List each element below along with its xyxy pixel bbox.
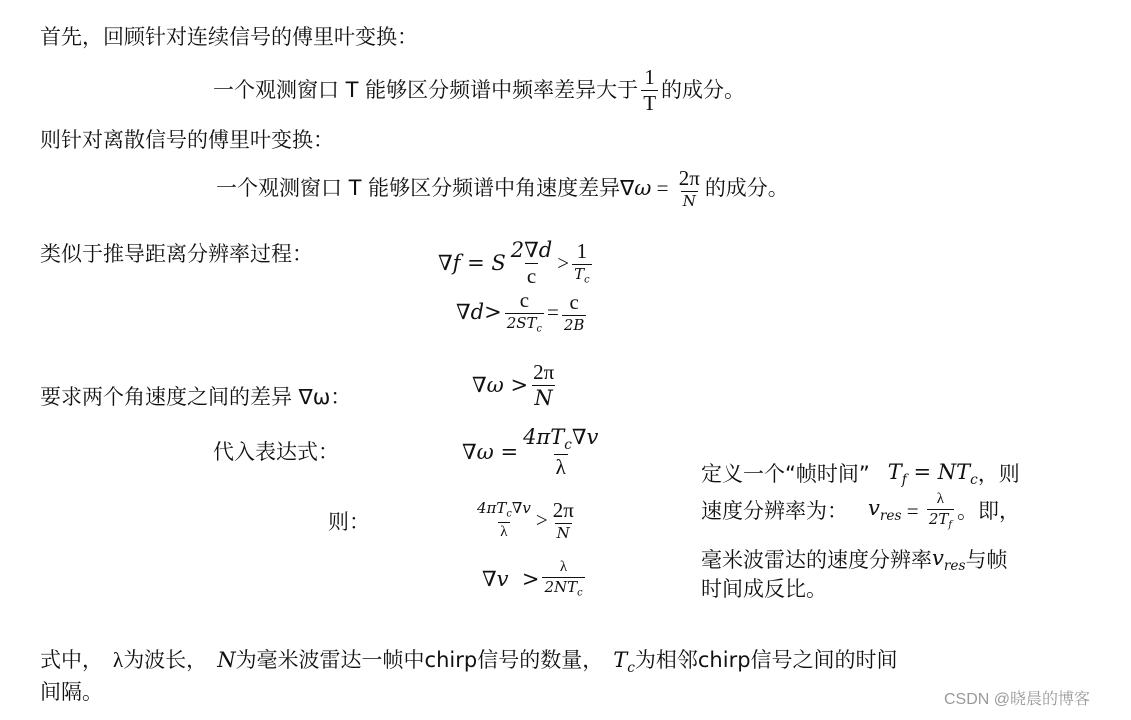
intro-line-continuous: 首先，回顾针对连续信号的傅里叶变换： <box>40 27 418 48</box>
omega-difference-label: 要求两个角速度之间的差异 ∇ω： <box>40 387 351 408</box>
fraction-lambda-over-2tf: λ 2Tf <box>927 492 954 530</box>
note-line-1: 定义一个“帧时间” Tf = NTc ，则 <box>701 462 1020 487</box>
fraction-4pitcdv-over-lambda: 4πTc∇v λ <box>475 501 533 539</box>
omega-inequality: ∇ω > 2π N <box>472 362 559 409</box>
intro-line-discrete: 则针对离散信号的傅里叶变换： <box>40 130 334 151</box>
fraction-4pitcdv-over-lambda: 4πTc∇v λ <box>521 427 600 478</box>
fraction-2pi-over-n: 2π N <box>677 168 702 209</box>
fraction-1-over-tc: 1 Tc <box>572 241 591 285</box>
fraction-lambda-over-2ntc: λ 2NTc <box>542 560 584 598</box>
csdn-watermark: CSDN @晓晨的博客 <box>944 692 1090 708</box>
then-label: 则： <box>328 512 370 533</box>
substitute-equation: ∇ω = 4πTc∇v λ <box>462 427 603 478</box>
discrete-resolution-statement: 一个观测窗口 T 能够区分频谱中角速度差异∇ ω = 2π N 的成分。 <box>216 168 789 209</box>
substitute-label: 代入表达式： <box>213 442 339 463</box>
fraction-2pi-over-n: 2π N <box>531 362 556 409</box>
fraction-c-over-2b: c 2B <box>562 292 587 333</box>
fraction-2pi-over-n: 2π N <box>551 500 576 541</box>
footer-definition-line-2: 间隔。 <box>40 682 103 703</box>
then-inequality-2: ∇v > λ 2NTc <box>482 560 588 598</box>
note-line-2: 速度分辨率为： vres = λ 2Tf 。即， <box>701 492 1020 530</box>
range-equation-1: ∇f = S 2∇d c > 1 Tc <box>438 240 595 287</box>
range-derivation-label: 类似于推导距离分辨率过程： <box>40 244 313 265</box>
fraction-one-over-t: 1 T <box>641 67 658 114</box>
note-line-3: 毫米波雷达的速度分辨率 vres 与帧 <box>701 548 1007 573</box>
note-line-4: 时间成反比。 <box>701 579 827 600</box>
fraction-2dd-over-c: 2∇d c <box>509 240 554 287</box>
then-inequality-1: 4πTc∇v λ > 2π N <box>472 500 579 541</box>
fraction-c-over-2stc: c 2STc <box>505 290 544 334</box>
statement-text: 一个观测窗口 T 能够区分频谱中频率差异大于 <box>213 80 638 101</box>
continuous-resolution-statement: 一个观测窗口 T 能够区分频谱中频率差异大于 1 T 的成分。 <box>213 67 745 114</box>
footer-definition-line-1: 式中， λ 为波长， N 为毫米波雷达一帧中chirp信号的数量， Tc 为相邻… <box>40 650 898 675</box>
range-equation-2: ∇d> c 2STc = c 2B <box>456 290 589 334</box>
